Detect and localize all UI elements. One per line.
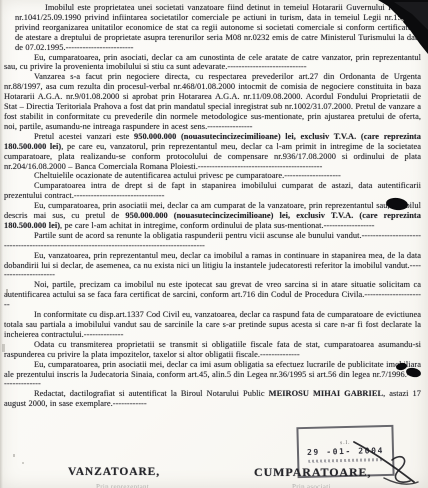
- paragraph-property-origin: Imobilul este proprietatea unei societat…: [15, 3, 421, 53]
- paragraph-notary-closing: Redactat, dactilografiat si autentificat…: [4, 389, 421, 409]
- paragraph-buyer-declaration: Eu, cumparatoarea, prin asociatii mei, d…: [4, 201, 421, 231]
- paragraph-price: Pretul acestei vanzari este 950.000.000 …: [4, 132, 421, 172]
- scan-speck: [22, 462, 24, 464]
- paragraph-no-mortgage: Noi, partile, precizam ca imobilul nu es…: [4, 280, 421, 310]
- closing-lead: Redactat, dactilografiat si autentificat…: [34, 389, 269, 398]
- paragraph-hidden-defects: Partile sunt de acord sa renunte la obli…: [4, 231, 421, 251]
- buyer-tail: , pe care l-am achitat in intregime, con…: [60, 221, 374, 230]
- page-corner-fold: [368, 0, 428, 60]
- scan-edge-shadow: [0, 0, 3, 488]
- seller-signature-subline: Prin reprezentant,: [96, 483, 151, 488]
- paragraph-possession: Cumparatoarea intra de drept si de fapt …: [4, 181, 421, 201]
- scan-speck: [6, 289, 8, 296]
- signature-mark: [288, 426, 428, 488]
- paragraph-buyer-acknowledgement: Eu, cumparatoarea, prin asociati, declar…: [4, 53, 421, 73]
- scanned-contract-page: Imobilul este proprietatea unei societat…: [0, 0, 428, 488]
- seller-signature-label: VANZATOARE,: [68, 466, 160, 478]
- paragraph-land-registry: Eu, cumparatoarea, prin asociatii mei, d…: [4, 360, 421, 390]
- contract-text: Imobilul este proprietatea unei societat…: [4, 3, 421, 409]
- paragraph-eviction-liability: In conformitate cu disp.art.1337 Cod Civ…: [4, 310, 421, 340]
- notary-name: MEIROSU MIHAI GABRIEL: [269, 389, 383, 398]
- paragraph-negotiation: Vanzarea s-a facut prin negociere direct…: [4, 72, 421, 131]
- paragraph-costs: Cheltuielile ocazionate de autentificare…: [4, 171, 421, 181]
- paragraph-fiscal-obligations: Odata cu transmiterea proprietatii se tr…: [4, 340, 421, 360]
- price-tail: , pe care eu, vanzatorul, prin reprezent…: [4, 142, 421, 171]
- price-lead: Pretul acestei vanzari este: [34, 132, 134, 141]
- scan-speck: [13, 454, 15, 457]
- scan-speck: [2, 344, 5, 352]
- paragraph-seller-declaration: Eu, vanzatoarea, prin reprezentantul meu…: [4, 251, 421, 281]
